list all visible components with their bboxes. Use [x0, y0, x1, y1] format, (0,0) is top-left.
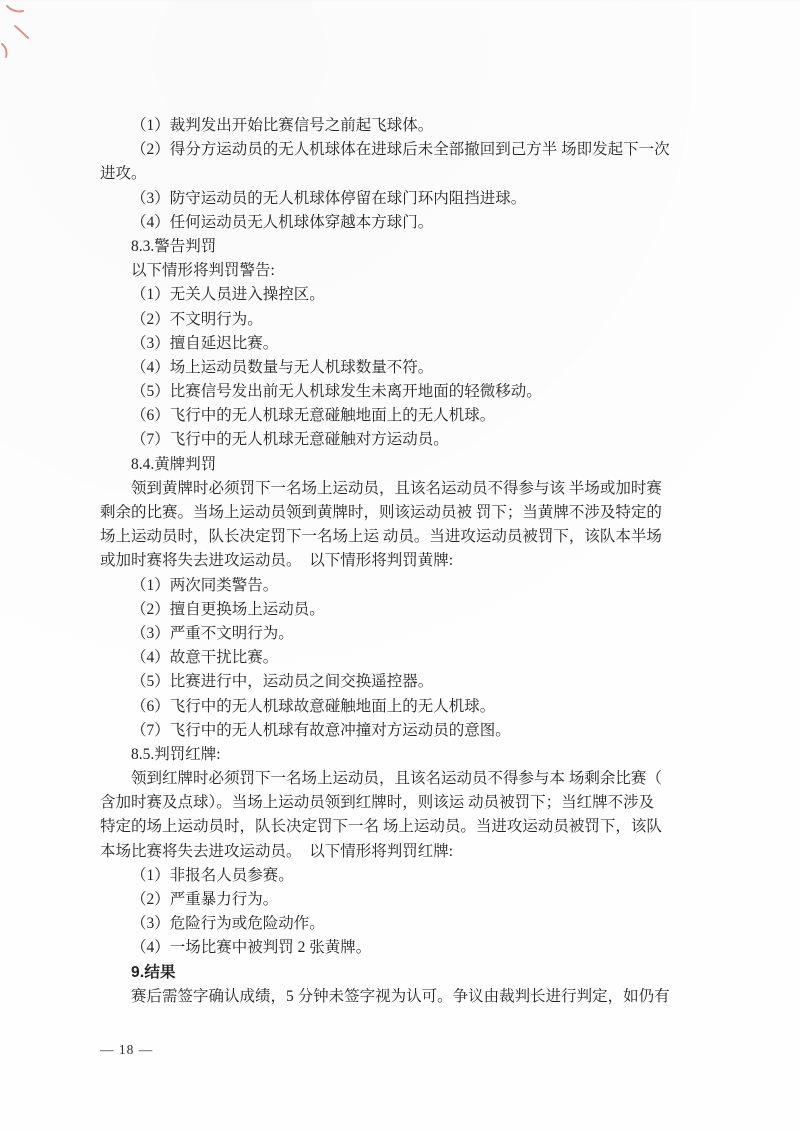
paragraph-line: 本场比赛将失去进攻运动员。 以下情形将判罚红牌:: [100, 840, 712, 864]
section-heading: 8.5.判罚红牌:: [100, 743, 712, 767]
list-item: （4）任何运动员无人机球体穿越本方球门。: [100, 211, 712, 235]
list-item: （6）飞行中的无人机球无意碰触地面上的无人机球。: [100, 404, 712, 428]
red-pen-marks-icon: [0, 0, 42, 72]
list-item: （5）比赛进行中，运动员之间交换遥控器。: [100, 670, 712, 694]
paragraph-line: 赛后需签字确认成绩，5 分钟未签字视为认可。争议由裁判长进行判定，如仍有: [100, 985, 712, 1009]
list-item: （1）裁判发出开始比赛信号之前起飞球体。: [100, 114, 712, 138]
paragraph-line: 或加时赛将失去进攻运动员。 以下情形将判罚黄牌:: [100, 549, 712, 573]
list-item: （7）飞行中的无人机球有故意冲撞对方运动员的意图。: [100, 719, 712, 743]
list-item: （7）飞行中的无人机球无意碰触对方运动员。: [100, 428, 712, 452]
list-item: （2）得分方运动员的无人机球体在进球后未全部撤回到己方半 场即发起下一次: [100, 138, 712, 162]
list-item: （3）危险行为或危险动作。: [100, 912, 712, 936]
list-item: （4）故意干扰比赛。: [100, 646, 712, 670]
paragraph-line: 场上运动员时，队长决定罚下一名场上运 动员。当进攻运动员被罚下，该队本半场: [100, 525, 712, 549]
section-heading: 9.结果: [100, 961, 712, 985]
list-item: （4）一场比赛中被判罚 2 张黄牌。: [100, 936, 712, 960]
paragraph-line: 含加时赛及点球）。当场上运动员领到红牌时，则该运 动员被罚下；当红牌不涉及: [100, 791, 712, 815]
list-item: （3）严重不文明行为。: [100, 622, 712, 646]
list-item: （1）非报名人员参赛。: [100, 864, 712, 888]
list-item: （3）擅自延迟比赛。: [100, 332, 712, 356]
paragraph-line: 以下情形将判罚警告:: [100, 259, 712, 283]
list-item: （1）两次同类警告。: [100, 574, 712, 598]
paragraph-line: 剩余的比赛。当场上运动员领到黄牌时，则该运动员被 罚下；当黄牌不涉及特定的: [100, 501, 712, 525]
list-item: （5）比赛信号发出前无人机球发生未离开地面的轻微移动。: [100, 380, 712, 404]
page-number: — 18 —: [100, 1042, 153, 1058]
list-item: （4）场上运动员数量与无人机球数量不符。: [100, 356, 712, 380]
list-item: （2）不文明行为。: [100, 308, 712, 332]
paragraph-line: 进攻。: [100, 162, 712, 186]
section-heading: 8.4.黄牌判罚: [100, 453, 712, 477]
list-item: （3）防守运动员的无人机球体停留在球门环内阻挡进球。: [100, 187, 712, 211]
paragraph-line: 领到黄牌时必须罚下一名场上运动员，且该名运动员不得参与该 半场或加时赛: [100, 477, 712, 501]
document-body: （1）裁判发出开始比赛信号之前起飞球体。（2）得分方运动员的无人机球体在进球后未…: [100, 114, 712, 1009]
list-item: （2）严重暴力行为。: [100, 888, 712, 912]
document-page: （1）裁判发出开始比赛信号之前起飞球体。（2）得分方运动员的无人机球体在进球后未…: [0, 0, 800, 1131]
section-heading: 8.3.警告判罚: [100, 235, 712, 259]
paragraph-line: 领到红牌时必须罚下一名场上运动员，且该名运动员不得参与本 场剩余比赛（: [100, 767, 712, 791]
list-item: （1）无关人员进入操控区。: [100, 283, 712, 307]
list-item: （2）擅自更换场上运动员。: [100, 598, 712, 622]
paragraph-line: 特定的场上运动员时，队长决定罚下一名 场上运动员。当进攻运动员被罚下，该队: [100, 815, 712, 839]
list-item: （6）飞行中的无人机球故意碰触地面上的无人机球。: [100, 695, 712, 719]
